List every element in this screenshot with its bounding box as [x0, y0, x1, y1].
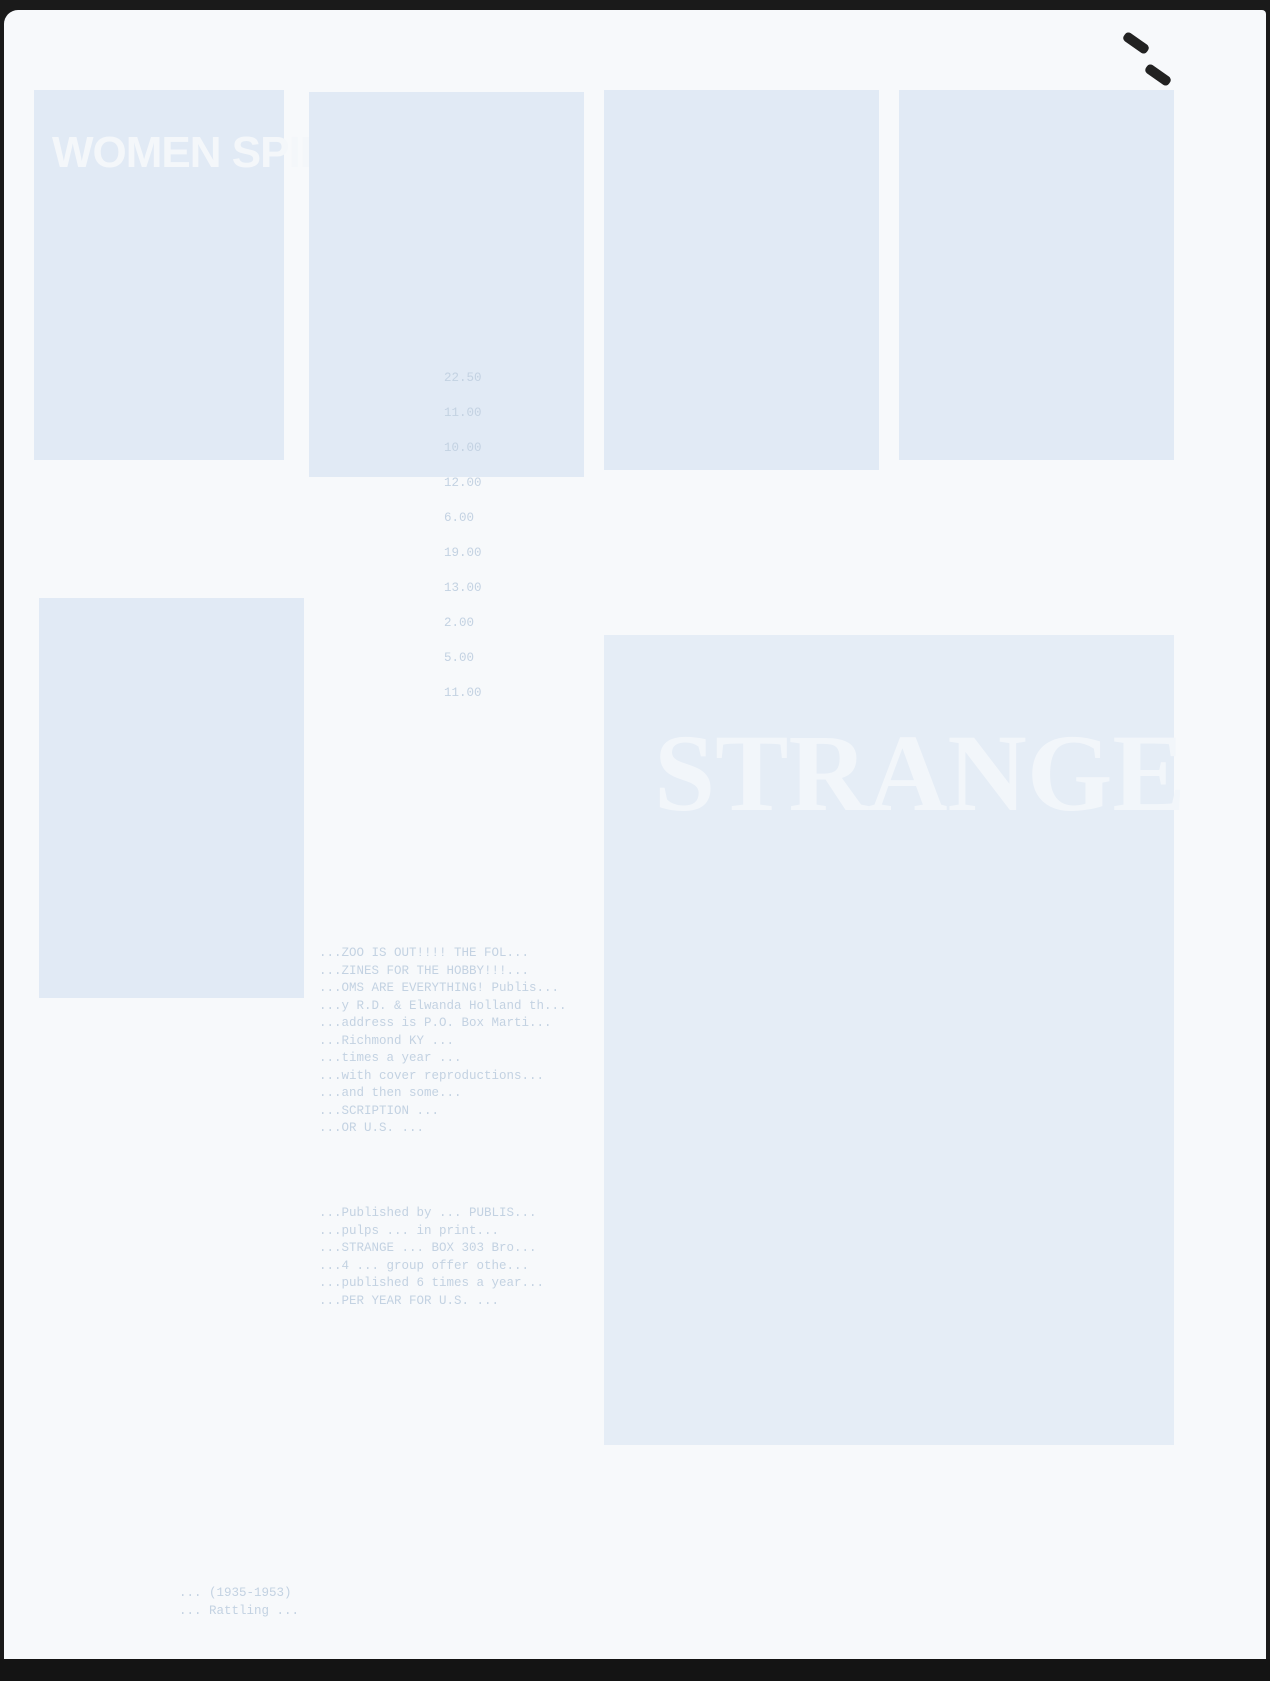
cover-image-5: [39, 598, 304, 998]
scanned-page: WOMEN SPIES STRANGE 22.50 11.00 10.00 12…: [4, 10, 1266, 1664]
bottom-caption: ... (1935-1953) ... Rattling ...: [179, 1585, 299, 1620]
text-block-1: ...ZOO IS OUT!!!! THE FOL... ...ZINES FO…: [319, 945, 567, 1138]
price-column: 22.50 11.00 10.00 12.00 6.00 19.00 13.00…: [444, 370, 482, 703]
staple-mark: [1144, 63, 1173, 87]
scan-edge: [0, 1659, 1270, 1681]
cover-image-4: [899, 90, 1174, 460]
staple-mark: [1122, 31, 1151, 55]
title-strange: STRANGE: [654, 710, 1186, 837]
cover-image-3: [604, 90, 879, 470]
text-block-2: ...Published by ... PUBLIS... ...pulps .…: [319, 1205, 544, 1310]
